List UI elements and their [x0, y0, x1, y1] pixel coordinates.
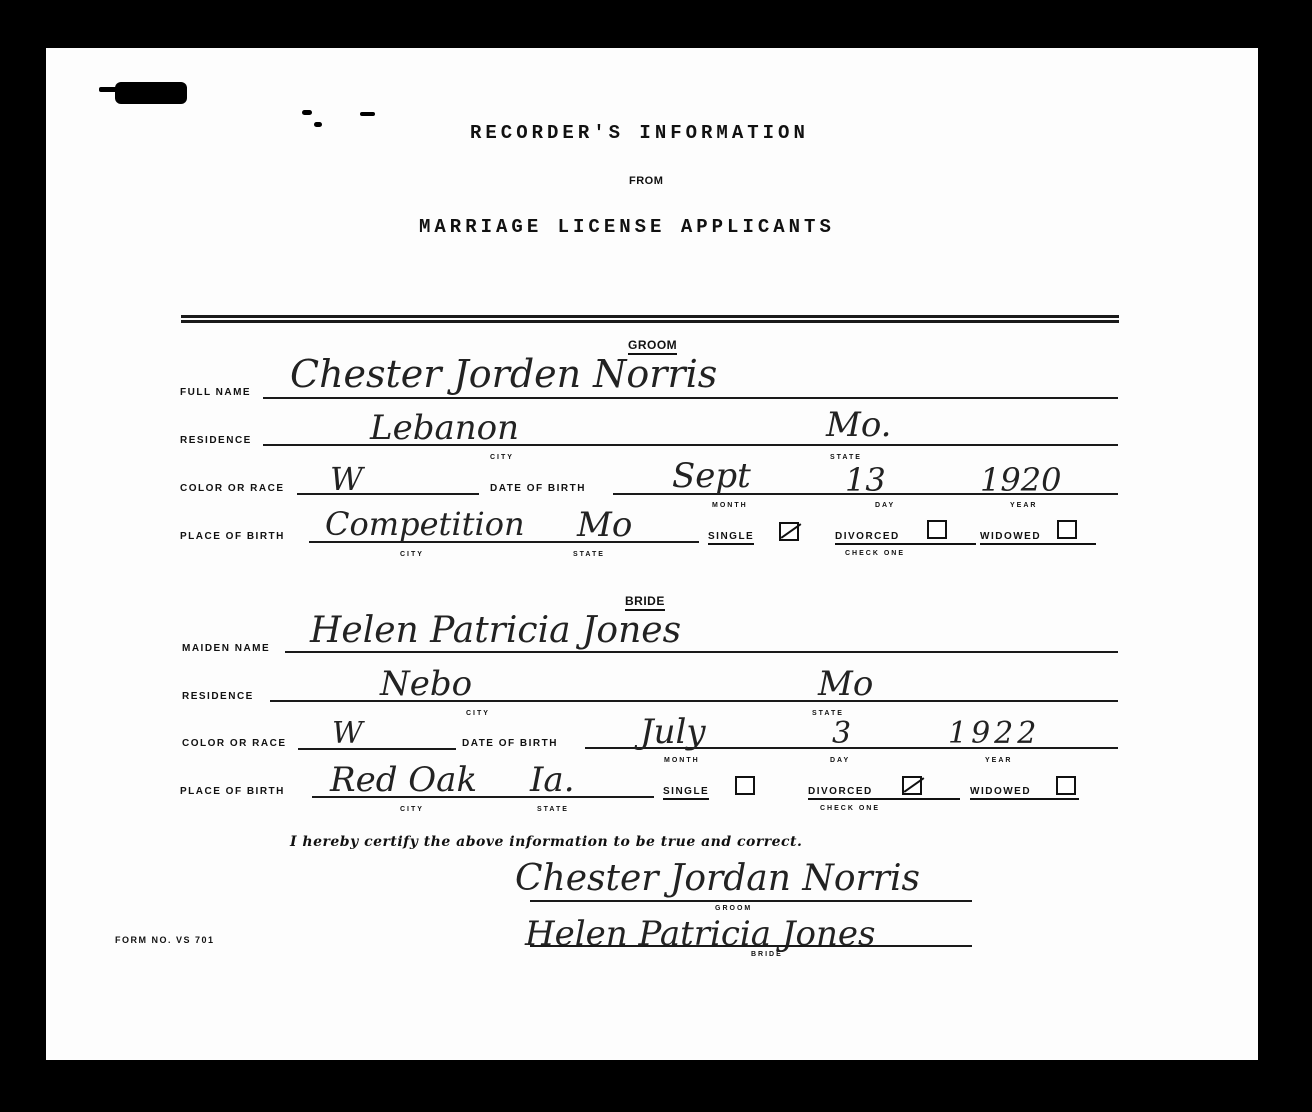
bride-single-checkbox[interactable] — [735, 776, 755, 795]
bride-dob-month[interactable]: July — [640, 712, 706, 752]
groom-residence-city[interactable]: Lebanon — [370, 408, 519, 448]
bride-dob-day[interactable]: 3 — [832, 716, 851, 751]
groom-color-value[interactable]: W — [330, 460, 363, 498]
groom-dob-label: DATE OF BIRTH — [490, 483, 586, 494]
groom-full-name-value[interactable]: Chester Jorden Norris — [290, 352, 717, 396]
redaction-mark-small — [99, 87, 117, 92]
ink-speck — [302, 110, 312, 115]
bride-color-value[interactable]: W — [332, 716, 363, 751]
bride-pob-city[interactable]: Red Oak — [330, 760, 477, 800]
bride-maiden-name-value[interactable]: Helen Patricia Jones — [310, 610, 681, 651]
bride-check-one-caption: CHECK ONE — [820, 805, 880, 812]
groom-dob-day[interactable]: 13 — [845, 461, 886, 499]
bride-dob-day-caption: DAY — [830, 757, 850, 764]
bride-signature-caption: BRIDE — [751, 951, 783, 958]
bride-pob-state-caption: STATE — [537, 806, 569, 813]
ink-speck — [314, 122, 322, 127]
bride-divorced-checkbox[interactable] — [902, 776, 922, 795]
bride-dob-year[interactable]: 1922 — [948, 716, 1040, 751]
groom-dob-month-caption: MONTH — [712, 502, 748, 509]
groom-full-name-label: FULL NAME — [180, 387, 251, 398]
groom-color-label: COLOR OR RACE — [180, 483, 285, 494]
form-title: RECORDER'S INFORMATION — [470, 122, 809, 144]
groom-pob-city-caption: CITY — [400, 551, 424, 558]
groom-single-label: SINGLE — [708, 531, 754, 545]
bride-pob-state[interactable]: Ia. — [530, 760, 575, 800]
bride-divorced-label: DIVORCED — [808, 786, 960, 800]
groom-color-line — [297, 493, 479, 495]
groom-signature-line — [530, 900, 972, 902]
document-page — [46, 48, 1258, 1060]
groom-divorced-checkbox[interactable] — [927, 520, 947, 539]
bride-dob-month-caption: MONTH — [664, 757, 700, 764]
groom-pob-state-caption: STATE — [573, 551, 605, 558]
bride-color-line — [298, 748, 456, 750]
groom-residence-label: RESIDENCE — [180, 435, 252, 446]
bride-dob-year-caption: YEAR — [985, 757, 1012, 764]
bride-maiden-name-line — [285, 651, 1118, 653]
groom-dob-day-caption: DAY — [875, 502, 895, 509]
header-rule — [181, 315, 1119, 318]
bride-residence-city-caption: CITY — [466, 710, 490, 717]
groom-signature-caption: GROOM — [715, 905, 752, 912]
groom-residence-state[interactable]: Mo. — [826, 405, 892, 445]
redaction-mark — [115, 82, 187, 104]
bride-dob-label: DATE OF BIRTH — [462, 738, 558, 749]
header-rule-2 — [181, 320, 1119, 323]
groom-widowed-checkbox[interactable] — [1057, 520, 1077, 539]
bride-signature-line — [530, 945, 972, 947]
groom-full-name-line — [263, 397, 1118, 399]
certification-statement: I hereby certify the above information t… — [290, 834, 802, 850]
bride-single-label: SINGLE — [663, 786, 709, 800]
ink-speck — [360, 112, 375, 116]
bride-color-label: COLOR OR RACE — [182, 738, 287, 749]
bride-signature[interactable]: Helen Patricia Jones — [525, 914, 875, 954]
groom-pob-city[interactable]: Competition — [325, 505, 525, 543]
groom-widowed-label: WIDOWED — [980, 531, 1096, 545]
groom-divorced-label: DIVORCED — [835, 531, 976, 545]
bride-widowed-checkbox[interactable] — [1056, 776, 1076, 795]
groom-check-one-caption: CHECK ONE — [845, 550, 905, 557]
groom-single-checkbox[interactable] — [779, 522, 799, 541]
form-number: FORM NO. VS 701 — [115, 935, 215, 945]
groom-signature[interactable]: Chester Jordan Norris — [515, 858, 920, 899]
bride-residence-state[interactable]: Mo — [818, 664, 873, 704]
bride-section-heading: BRIDE — [625, 594, 665, 611]
groom-dob-year[interactable]: 1920 — [980, 461, 1061, 499]
bride-residence-city[interactable]: Nebo — [380, 664, 472, 704]
groom-dob-year-caption: YEAR — [1010, 502, 1037, 509]
groom-pob-state[interactable]: Mo — [577, 505, 632, 545]
groom-pob-label: PLACE OF BIRTH — [180, 531, 285, 542]
form-subtitle-from: FROM — [629, 175, 663, 187]
groom-residence-state-caption: STATE — [830, 454, 862, 461]
bride-maiden-name-label: MAIDEN NAME — [182, 643, 270, 654]
groom-residence-city-caption: CITY — [490, 454, 514, 461]
form-title-2: MARRIAGE LICENSE APPLICANTS — [419, 216, 835, 238]
groom-dob-month[interactable]: Sept — [672, 456, 751, 496]
bride-pob-city-caption: CITY — [400, 806, 424, 813]
bride-residence-label: RESIDENCE — [182, 691, 254, 702]
bride-pob-label: PLACE OF BIRTH — [180, 786, 285, 797]
